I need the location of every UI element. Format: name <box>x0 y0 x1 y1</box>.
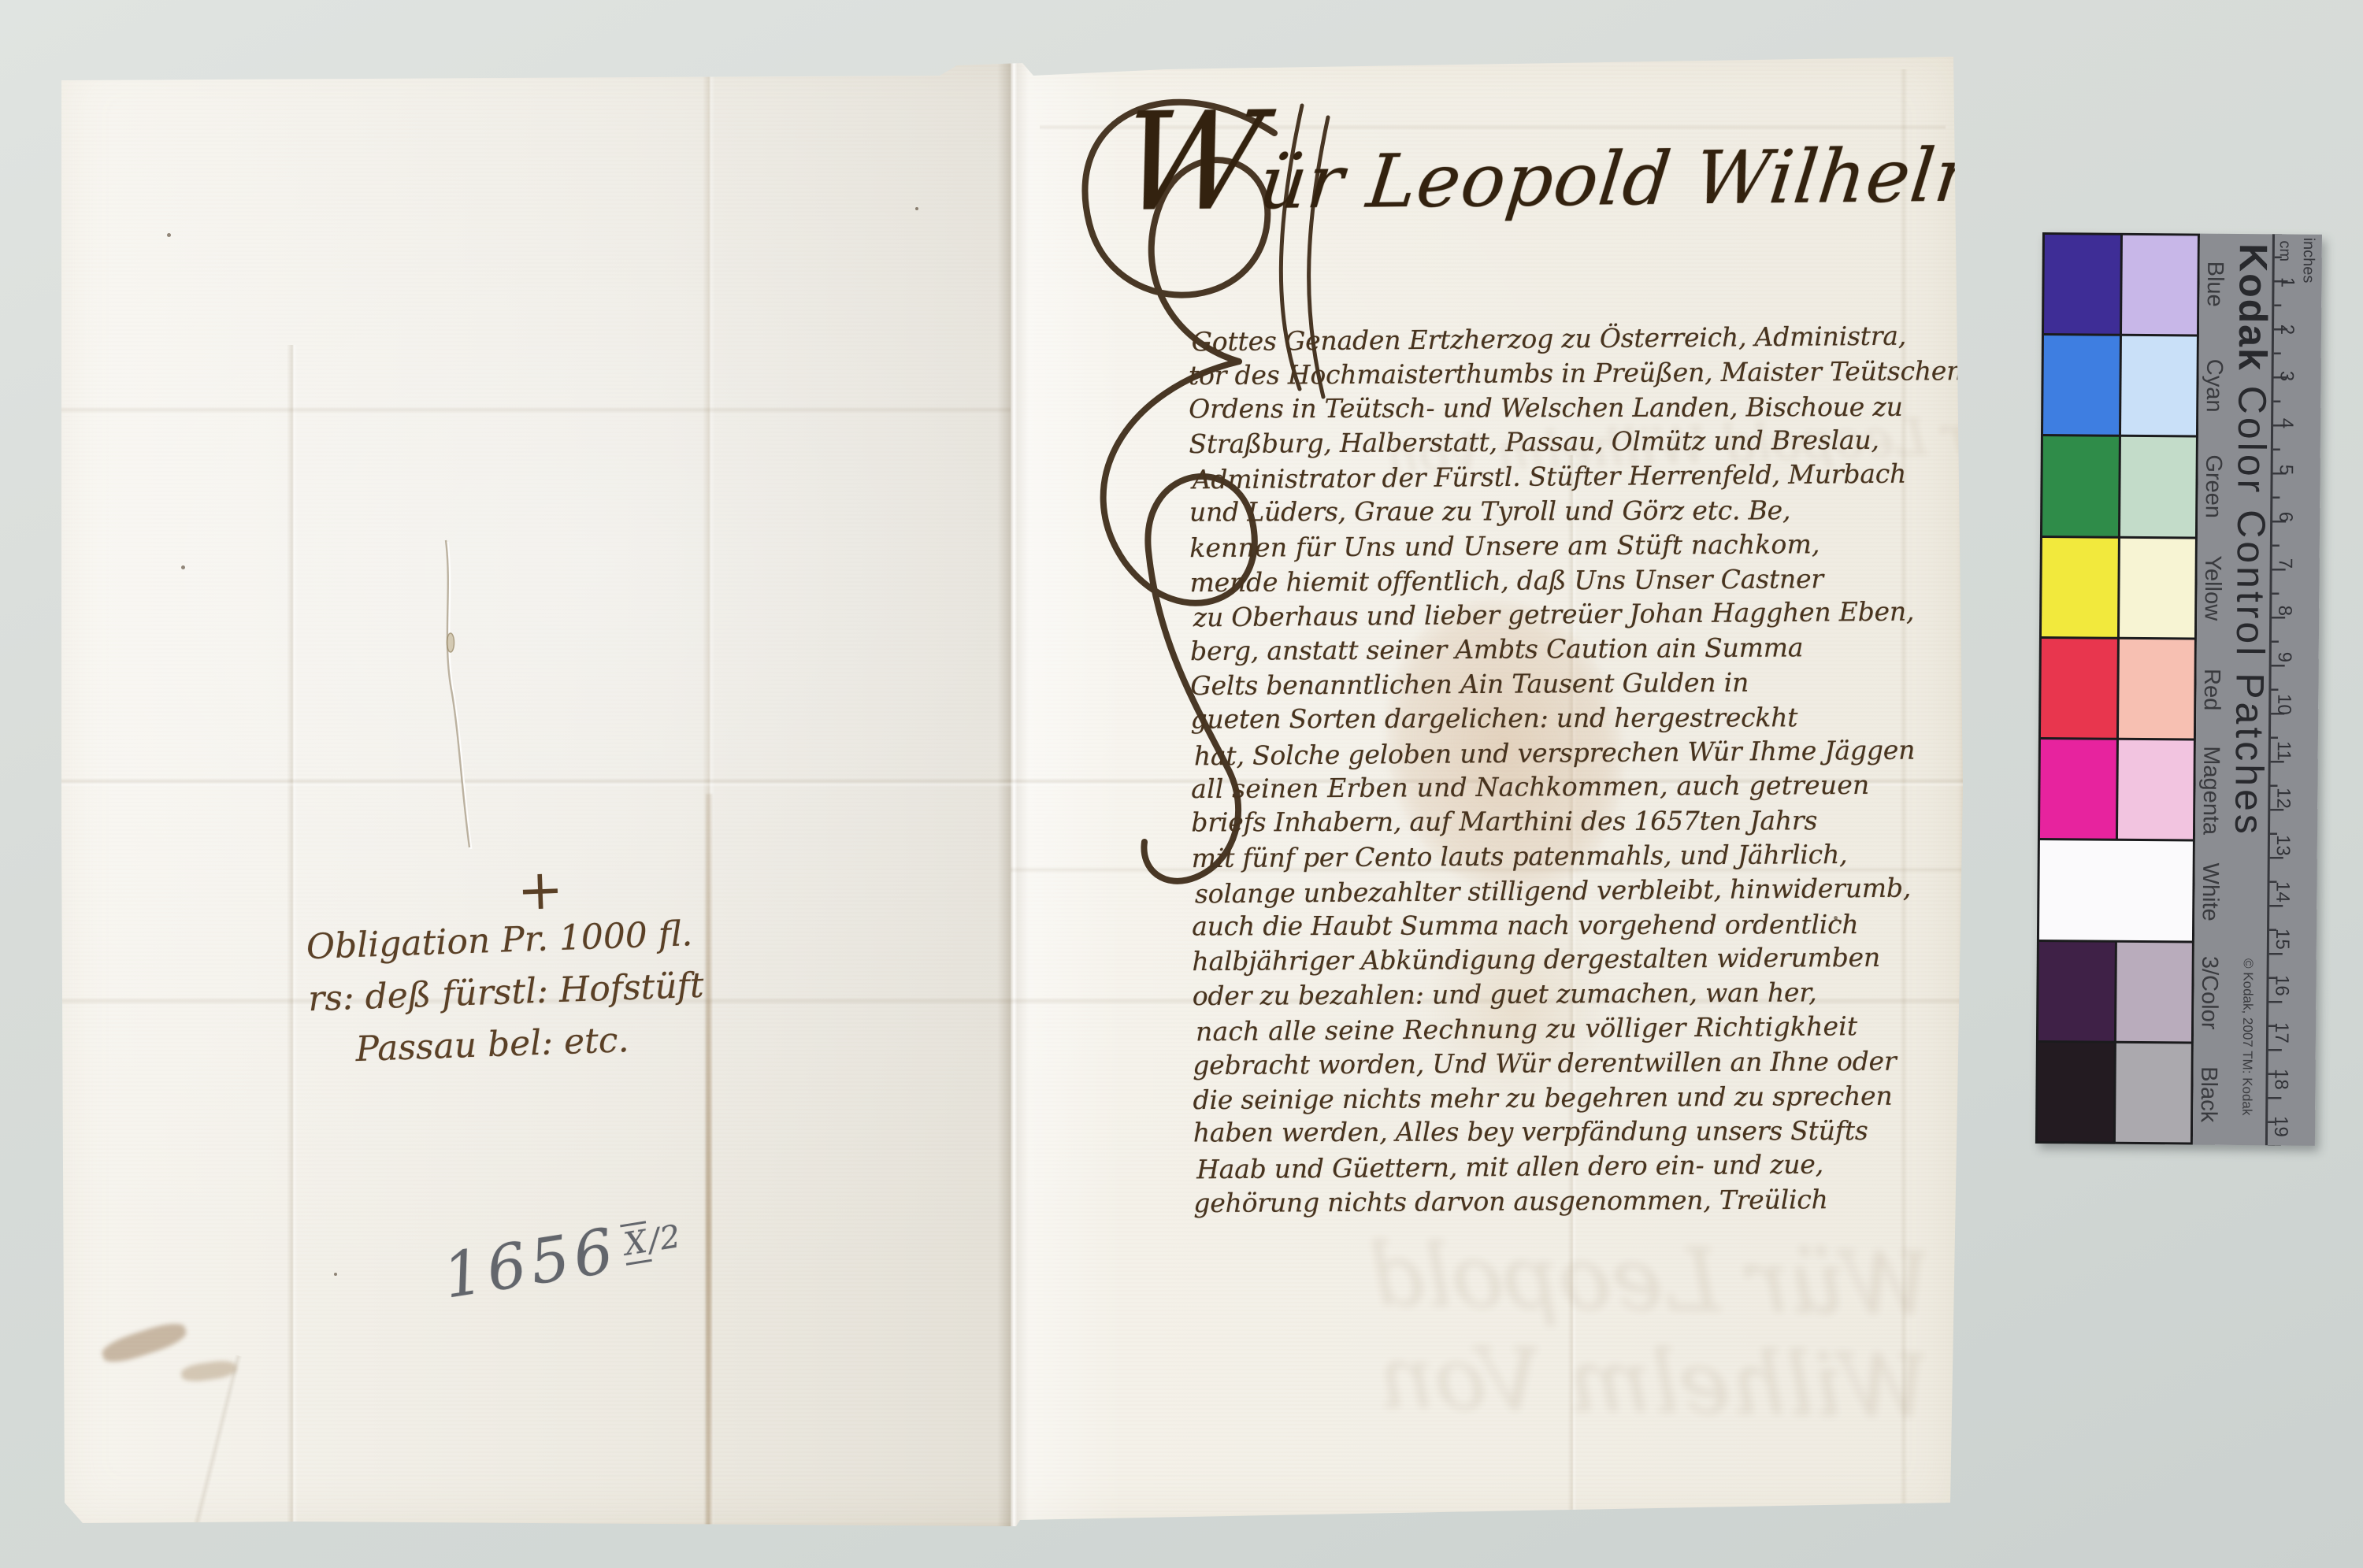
cm-number: 9 <box>2274 647 2294 668</box>
color-patch-solid <box>2039 840 2193 940</box>
cm-number: 3 <box>2276 365 2296 386</box>
manuscript-line: tor des Hochmaisterthumbs in Preüßen, Ma… <box>1189 354 2008 393</box>
cm-number: 5 <box>2276 460 2296 480</box>
manuscript-line: kennen für Uns und Unsere am Stüft nachk… <box>1189 526 2009 565</box>
strip-copyright: © Kodak, 2007 TM: Kodak <box>2239 958 2256 1115</box>
manuscript-line: solange unbezahlter stilligend verbleibt… <box>1192 869 2011 911</box>
patch-row-labels: BlueCyanGreenYellowRedMagentaWhite3/Colo… <box>2193 234 2230 1145</box>
archival-scan: Wür Leopold Wilhelm Von Wür Leopold Wilh… <box>0 0 2363 1568</box>
manuscript-line: gueten Sorten dargelichen: und hergestre… <box>1191 699 2010 736</box>
paper-tear <box>417 518 488 865</box>
cm-number: 18 <box>2270 1069 2291 1090</box>
cm-number: 19 <box>2270 1116 2291 1136</box>
color-patch-row <box>2039 840 2193 940</box>
manuscript-line: Ordens in Teütsch- und Welschen Landen, … <box>1189 389 2008 426</box>
cm-number: 1 <box>2276 272 2297 292</box>
cm-number: 6 <box>2275 506 2295 527</box>
manuscript-line: hat, Solche geloben und versprechen Wür … <box>1191 732 2010 773</box>
color-patch-solid <box>2041 639 2116 738</box>
patch-row-label: 3/Color <box>2194 942 2224 1043</box>
cm-number: 15 <box>2272 929 2292 949</box>
cm-number: 4 <box>2276 413 2296 433</box>
cm-number: 2 <box>2276 319 2297 339</box>
color-patch-tint <box>2116 942 2191 1041</box>
color-patch-solid <box>2042 538 2117 637</box>
manuscript-line: halbjähriger Abkündigung dergestalten wi… <box>1192 940 2011 979</box>
manuscript-body: Gottes Genaden Ertzherzog zu Österreich,… <box>1189 319 2013 1221</box>
cm-number: 13 <box>2272 835 2293 855</box>
cm-number: 11 <box>2273 741 2294 762</box>
cm-number: 7 <box>2275 554 2295 574</box>
ink-speck <box>167 233 171 237</box>
ink-speck <box>181 565 185 569</box>
cm-label: cm <box>2276 240 2294 261</box>
archival-docket: + Obligation Pr. 1000 fl.rs: deß fürstl:… <box>304 855 862 1077</box>
patch-row-label: Green <box>2198 436 2228 538</box>
manuscript-line: all seinen Erben und Nachkommen, auch ge… <box>1191 767 2010 806</box>
cm-number: 10 <box>2273 694 2294 714</box>
cm-number: 8 <box>2274 600 2294 621</box>
patch-row-label: Blue <box>2199 234 2230 335</box>
color-patch-solid <box>2038 942 2114 1041</box>
heading-calligraphy: Wür Leopold Wilhelm Von <box>1115 132 2016 227</box>
color-patch-row <box>2042 436 2196 536</box>
color-patch-tint <box>2118 639 2194 739</box>
manuscript-line: mit fünf per Cento lauts patenmahls, und… <box>1192 836 2011 876</box>
color-patch-solid <box>2038 1043 2113 1142</box>
patch-row-label: Magenta <box>2195 740 2226 841</box>
pencil-fraction: X/2 <box>620 1218 684 1263</box>
manuscript-line: Straßburg, Halberstatt, Passau, Olmütz u… <box>1189 422 2008 462</box>
left-leaf-shading <box>55 46 1011 1528</box>
color-patch-solid <box>2044 235 2120 334</box>
manuscript-line: und Lüders, Graue zu Tyroll und Görz etc… <box>1189 492 2009 529</box>
manuscript-line: gehörung nichts darvon ausgenommen, Treü… <box>1193 1181 2012 1221</box>
cm-number: 16 <box>2271 976 2291 996</box>
manuscript-line: oder zu bezahlen: und guet zumachen, wan… <box>1193 974 2012 1014</box>
manuscript-line: haben werden, Alles bey verpfändung unse… <box>1193 1114 2012 1151</box>
color-patch-row <box>2041 639 2194 739</box>
ink-speck <box>334 1273 337 1276</box>
color-patch-row <box>2044 235 2198 335</box>
color-patch-row <box>2038 942 2192 1042</box>
manuscript-line: Gelts benanntlichen Ain Tausent Gulden i… <box>1190 664 2009 703</box>
kodak-brand: Kodak <box>2231 243 2276 372</box>
manuscript-line: briefs Inhabern, auf Marthini des 1657te… <box>1191 803 2010 840</box>
color-patch-solid <box>2042 436 2118 536</box>
color-patch-tint <box>2119 538 2194 637</box>
patch-row-label: Black <box>2193 1043 2224 1145</box>
manuscript-line: die seinige nichts mehr zu begehren und … <box>1193 1077 2012 1117</box>
color-patch-solid <box>2043 335 2119 435</box>
color-patch-row <box>2038 1043 2191 1143</box>
manuscript-line: gebracht worden, Und Wür derentwillen an… <box>1193 1043 2012 1083</box>
color-patches <box>2035 232 2200 1145</box>
patch-row-label: White <box>2194 841 2225 943</box>
color-patch-tint <box>2117 740 2193 840</box>
color-patch-tint <box>2121 235 2197 335</box>
manuscript-line: Haab und Güettern, mit allen dero ein- u… <box>1193 1146 2012 1188</box>
patch-row-label: Red <box>2196 639 2227 740</box>
inches-label: inches <box>2299 238 2317 284</box>
color-patch-row <box>2042 538 2195 638</box>
cm-number: 14 <box>2272 881 2292 902</box>
color-patch-row <box>2040 740 2194 840</box>
strip-gray-panel: BlueCyanGreenYellowRedMagentaWhite3/Colo… <box>2193 234 2322 1146</box>
manuscript-paper: Wür Leopold Wilhelm Von Wür Leopold Wilh… <box>55 46 1963 1528</box>
color-patch-solid <box>2040 740 2116 839</box>
manuscript-line: Administrator der Fürstl. Stüfter Herren… <box>1189 456 2009 498</box>
ink-speck <box>915 207 918 210</box>
color-patch-tint <box>2115 1043 2191 1143</box>
color-patch-row <box>2043 335 2197 436</box>
patch-row-label: Cyan <box>2198 335 2229 436</box>
color-patch-tint <box>2120 336 2196 436</box>
manuscript-line: Gottes Genaden Ertzherzog zu Österreich,… <box>1188 318 2007 360</box>
manuscript-line: nach alle seine Rechnung zu völliger Ric… <box>1193 1007 2012 1049</box>
cm-number: 17 <box>2271 1022 2291 1043</box>
manuscript-line: zu Oberhaus und lieber getreüer Johan Ha… <box>1190 594 2009 636</box>
docket-lines: Obligation Pr. 1000 fl.rs: deß fürstl: H… <box>306 903 862 1077</box>
color-patch-tint <box>2120 437 2195 536</box>
manuscript-line: berg, anstatt seiner Ambts Caution ain S… <box>1190 629 2009 669</box>
manuscript-line: auch die Haubt Summa nach vorgehend orde… <box>1192 906 2011 943</box>
patch-row-label: Yellow <box>2197 537 2228 639</box>
cm-number: 12 <box>2272 788 2293 808</box>
kodak-color-strip: BlueCyanGreenYellowRedMagentaWhite3/Colo… <box>2035 232 2322 1146</box>
